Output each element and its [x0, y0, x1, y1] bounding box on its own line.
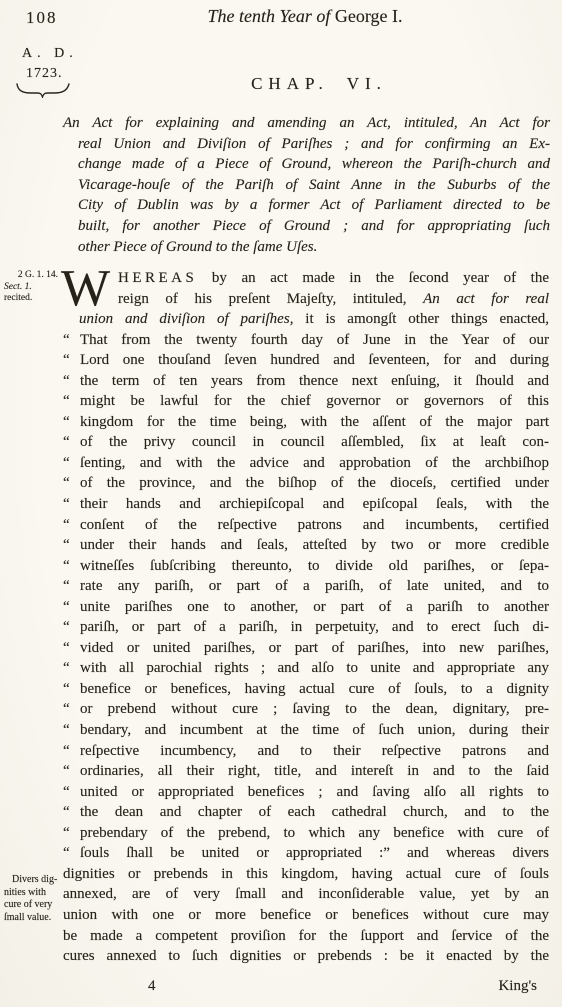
quote-mark: “ — [63, 802, 80, 823]
quoted-line: “ united or appropriated benefices ; and… — [63, 782, 549, 803]
quoted-line: “ or prebend without cure ; ſaving to th… — [63, 699, 549, 720]
closing-line: annexed, are of very ſmall and inconſide… — [63, 884, 549, 905]
quote-mark: “ — [63, 371, 80, 392]
quoted-line-text: ordinaries, all their right, title, and … — [80, 761, 549, 782]
opening-line1-rest: by an act made in the ſecond year of the — [197, 270, 549, 286]
quote-mark: “ — [63, 576, 80, 597]
quoted-line: “ ſouls ſhall be united or appropriated … — [63, 843, 549, 864]
quote-mark: “ — [63, 556, 80, 577]
quoted-line-text: witneſſes ſubſcribing thereunto, to divi… — [80, 556, 549, 577]
quoted-line-text: kingdom for the time being, with the aſſ… — [80, 412, 549, 433]
quoted-section: “ That from the twenty fourth day of Jun… — [63, 330, 549, 864]
drop-cap: W — [61, 268, 110, 310]
value-margin-note-line: cure of very — [4, 899, 62, 912]
body-paragraph: W HEREAS by an act made in the ſecond ye… — [63, 268, 549, 967]
quoted-line-text: rate any pariſh, or part of a pariſh, of… — [80, 576, 549, 597]
quote-mark: “ — [63, 535, 80, 556]
quoted-line-text: of the province, and the biſhop of the d… — [80, 473, 549, 494]
quoted-line-text: benefice or benefices, having actual cur… — [80, 679, 549, 700]
quoted-line: “ kingdom for the time being, with the a… — [63, 412, 549, 433]
value-margin-note: Divers dig-nities withcure of veryſmall … — [4, 874, 62, 924]
closing-line: be made a competent proviſion for the ſu… — [63, 926, 549, 947]
quote-mark: “ — [63, 741, 80, 762]
body-opening-line: union and diviſion of pariſhes, it is am… — [63, 309, 549, 330]
quote-mark: “ — [63, 330, 80, 351]
quote-mark: “ — [63, 597, 80, 618]
quoted-line-text: united or appropriated benefices ; and ſ… — [80, 782, 549, 803]
quoted-line-text: prebendary of the prebend, to which any … — [80, 823, 549, 844]
opening-line2-roman: reign of his preſent Majeſty, intituled, — [118, 291, 423, 307]
act-title-line: City of Dublin was by a former Act of Pa… — [63, 195, 550, 216]
quoted-line: “ the dean and chapter of each cathedral… — [63, 802, 549, 823]
closing-line: union with one or more benefice or benef… — [63, 905, 549, 926]
quoted-line: “ benefice or benefices, having actual c… — [63, 679, 549, 700]
quoted-line: “ reſpective incumbency, and to their re… — [63, 741, 549, 762]
quoted-line-text: That from the twenty fourth day of June … — [80, 330, 549, 351]
statute-margin-note: 2 G. 1. 14. Sect. 1. recited. — [4, 270, 60, 305]
quoted-line-text: vided or united pariſhes, or part of par… — [80, 638, 549, 659]
closing-line: dignities or prebends in this kingdom, h… — [63, 864, 549, 885]
quoted-line-text: ſouls ſhall be united or appropriated :”… — [80, 843, 549, 864]
act-title-line: change made of a Piece of Ground, whereo… — [63, 154, 550, 175]
quoted-line: “ ſenting, and with the advice and appro… — [63, 453, 549, 474]
value-margin-note-line: Divers dig- — [4, 874, 62, 887]
quote-mark: “ — [63, 761, 80, 782]
quoted-line-text: the term of ten years from thence next e… — [80, 371, 549, 392]
quoted-line: “ ordinaries, all their right, title, an… — [63, 761, 549, 782]
act-title: An Act for explaining and amending an Ac… — [63, 113, 550, 257]
quote-mark: “ — [63, 823, 80, 844]
quote-mark: “ — [63, 453, 80, 474]
document-page: 108 The tenth Year of George I. A. D. 17… — [0, 0, 562, 1007]
year-label: A. D. — [22, 44, 102, 64]
quoted-line-text: reſpective incumbency, and to their reſp… — [80, 741, 549, 762]
quoted-line-text: or prebend without cure ; ſaving to the … — [80, 699, 549, 720]
quoted-line: “ vided or united pariſhes, or part of p… — [63, 638, 549, 659]
quoted-line-text: of the privy council in council aſſemble… — [80, 432, 549, 453]
quote-mark: “ — [63, 391, 80, 412]
quoted-line-text: ſenting, and with the advice and approba… — [80, 453, 549, 474]
quoted-line: “ That from the twenty fourth day of Jun… — [63, 330, 549, 351]
quoted-line: “ under their hands and ſeals, atteſted … — [63, 535, 549, 556]
quote-mark: “ — [63, 699, 80, 720]
quoted-line-text: their hands and archiepiſcopal and epiſc… — [80, 494, 549, 515]
quote-mark: “ — [63, 350, 80, 371]
quote-mark: “ — [63, 432, 80, 453]
quoted-line: “ their hands and archiepiſcopal and epi… — [63, 494, 549, 515]
quote-mark: “ — [63, 473, 80, 494]
body-opening-line: reign of his preſent Majeſty, intituled,… — [63, 289, 549, 310]
quote-mark: “ — [63, 638, 80, 659]
quote-mark: “ — [63, 494, 80, 515]
quoted-line-text: under their hands and ſeals, atteſted by… — [80, 535, 549, 556]
running-title-italic: The tenth Year of — [208, 6, 331, 26]
act-title-line: real Union and Diviſion of Pariſhes ; an… — [63, 134, 550, 155]
closing-section: dignities or prebends in this kingdom, h… — [63, 864, 549, 967]
quoted-line: “ the term of ten years from thence next… — [63, 371, 549, 392]
quoted-line: “ bendary, and incumbent at the time of … — [63, 720, 549, 741]
signature-mark: 4 — [148, 978, 156, 995]
statute-recited: recited. — [4, 293, 60, 305]
whereas-caps: HEREAS — [118, 270, 197, 286]
quoted-line: “ witneſſes ſubſcribing thereunto, to di… — [63, 556, 549, 577]
running-title-roman: George I. — [330, 6, 402, 26]
value-margin-note-line: nities with — [4, 887, 62, 900]
act-title-line: other Piece of Ground to the ſame Uſes. — [63, 237, 550, 258]
quoted-line: “ conſent of the reſpective patrons and … — [63, 515, 549, 536]
act-title-line: Vicarage-houſe of the Pariſh of Saint An… — [63, 175, 550, 196]
quote-mark: “ — [63, 515, 80, 536]
quoted-line: “ of the province, and the biſhop of the… — [63, 473, 549, 494]
quoted-line: “ rate any pariſh, or part of a pariſh, … — [63, 576, 549, 597]
opening-line3-roman: , it is amongſt other things enacted, — [290, 311, 549, 327]
quoted-line-text: might be lawful for the chief governor o… — [80, 391, 549, 412]
quoted-line-text: Lord one thouſand ſeven hundred and ſeve… — [80, 350, 549, 371]
statute-section: Sect. 1. — [4, 282, 60, 294]
quoted-line-text: conſent of the reſpective patrons and in… — [80, 515, 549, 536]
quoted-line-text: with all parochial rights ; and alſo to … — [80, 658, 549, 679]
quote-mark: “ — [63, 782, 80, 803]
value-margin-note-line: ſmall value. — [4, 912, 62, 925]
quoted-line: “ Lord one thouſand ſeven hundred and ſe… — [63, 350, 549, 371]
quoted-line-text: bendary, and incumbent at the time of ſu… — [80, 720, 549, 741]
quote-mark: “ — [63, 658, 80, 679]
body-opening-line: HEREAS by an act made in the ſecond year… — [63, 268, 549, 289]
quote-mark: “ — [63, 412, 80, 433]
quoted-line-text: unite pariſhes one to another, or part o… — [80, 597, 549, 618]
catchword: King's — [498, 978, 537, 995]
act-title-line: An Act for explaining and amending an Ac… — [63, 113, 550, 134]
quoted-line-text: the dean and chapter of each cathedral c… — [80, 802, 549, 823]
quote-mark: “ — [63, 843, 80, 864]
running-title: The tenth Year of George I. — [24, 6, 562, 27]
quoted-line: “ unite pariſhes one to another, or part… — [63, 597, 549, 618]
quoted-line: “ might be lawful for the chief governor… — [63, 391, 549, 412]
quoted-line: “ of the privy council in council aſſemb… — [63, 432, 549, 453]
opening-line3-italic: union and diviſion of pariſhes — [79, 311, 290, 327]
chapter-heading: CHAP. VI. — [38, 74, 562, 94]
quoted-line: “ with all parochial rights ; and alſo t… — [63, 658, 549, 679]
closing-line: cures annexed to ſuch dignities or prebe… — [63, 946, 549, 967]
quote-mark: “ — [63, 720, 80, 741]
quote-mark: “ — [63, 617, 80, 638]
opening-line2-italic: An act for real — [423, 291, 549, 307]
quoted-line-text: pariſh, or part of a pariſh, in perpetui… — [80, 617, 549, 638]
act-title-line: built, for another Piece of Ground ; and… — [63, 216, 550, 237]
quoted-line: “ pariſh, or part of a pariſh, in perpet… — [63, 617, 549, 638]
statute-citation: 2 G. 1. 14. — [4, 270, 60, 282]
quoted-line: “ prebendary of the prebend, to which an… — [63, 823, 549, 844]
quote-mark: “ — [63, 679, 80, 700]
